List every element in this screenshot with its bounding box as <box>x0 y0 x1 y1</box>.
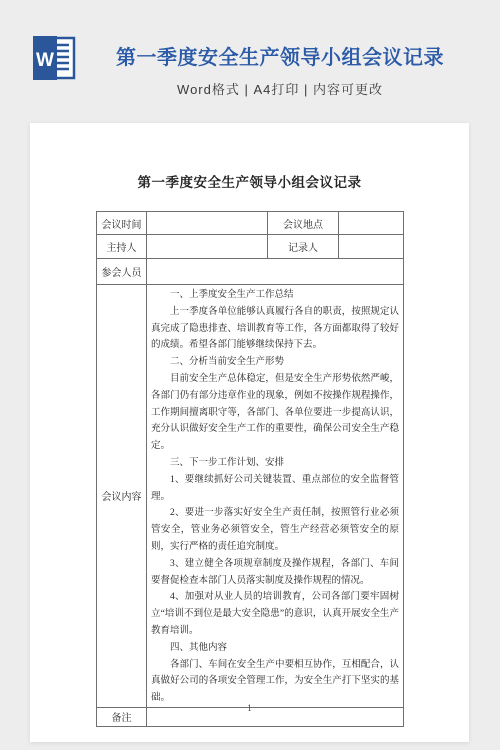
content-paragraph: 四、其他内容 <box>151 640 399 657</box>
meeting-time-value <box>147 212 268 235</box>
content-paragraph: 3、建立健全各项规章制度及操作规程，各部门、车间要督促检查本部门人员落实制度及操… <box>151 556 399 590</box>
content-paragraph: 2、要进一步落实好安全生产责任制，按照管行业必须管安全，管业务必须管安全，管生产… <box>151 505 399 555</box>
header-text-block: 第一季度安全生产领导小组会议记录 Word格式 | A4打印 | 内容可更改 <box>68 0 492 98</box>
content-paragraph: 4、加强对从业人员的培训教育，公司各部门要牢固树立“培训不到位是最大安全隐患”的… <box>151 589 399 639</box>
meeting-content: 一、上季度安全生产工作总结上一季度各单位能够认真履行各自的职责，按照规定认真完成… <box>147 285 404 708</box>
document-title: 第一季度安全生产领导小组会议记录 <box>30 171 469 191</box>
page-number: 1 <box>30 703 469 713</box>
recorder-value <box>339 235 404 259</box>
content-paragraph: 二、分析当前安全生产形势 <box>151 354 399 371</box>
preview-header: W 第一季度安全生产领导小组会议记录 Word格式 | A4打印 | 内容可更改 <box>0 0 500 123</box>
meeting-place-value <box>339 212 404 235</box>
document-page: 第一季度安全生产领导小组会议记录 会议时间 会议地点 主持人 记录人 参会人员 <box>30 123 469 742</box>
attendees-value <box>147 259 404 285</box>
table-row: 会议内容 一、上季度安全生产工作总结上一季度各单位能够认真履行各自的职责，按照规… <box>97 285 404 708</box>
content-paragraph: 上一季度各单位能够认真履行各自的职责，按照规定认真完成了隐患排查、培训教育等工作… <box>151 304 399 354</box>
content-paragraph: 1、要继续抓好公司关键装置、重点部位的安全监督管理。 <box>151 472 399 506</box>
content-paragraph: 三、下一步工作计划、安排 <box>151 455 399 472</box>
host-value <box>147 235 268 259</box>
word-logo-letter: W <box>36 50 54 71</box>
table-row: 主持人 记录人 <box>97 235 404 259</box>
content-paragraph: 一、上季度安全生产工作总结 <box>151 287 399 304</box>
template-title: 第一季度安全生产领导小组会议记录 <box>68 41 492 70</box>
content-paragraph: 目前安全生产总体稳定，但是安全生产形势依然严峻，各部门仍有部分违章作业的现象，例… <box>151 371 399 455</box>
table-row: 会议时间 会议地点 <box>97 212 404 235</box>
meeting-record-table: 会议时间 会议地点 主持人 记录人 参会人员 会议内容 一、上季度安全生产工作总… <box>96 211 404 727</box>
attendees-label: 参会人员 <box>97 259 147 285</box>
meeting-time-label: 会议时间 <box>97 212 147 235</box>
content-label: 会议内容 <box>97 285 147 708</box>
table-row: 参会人员 <box>97 259 404 285</box>
template-subtitle: Word格式 | A4打印 | 内容可更改 <box>68 79 492 98</box>
host-label: 主持人 <box>97 235 147 259</box>
content-paragraph: 各部门、车间在安全生产中要相互协作，互相配合，认真做好公司的各项安全管理工作，为… <box>151 657 399 707</box>
meeting-place-label: 会议地点 <box>268 212 339 235</box>
recorder-label: 记录人 <box>268 235 339 259</box>
